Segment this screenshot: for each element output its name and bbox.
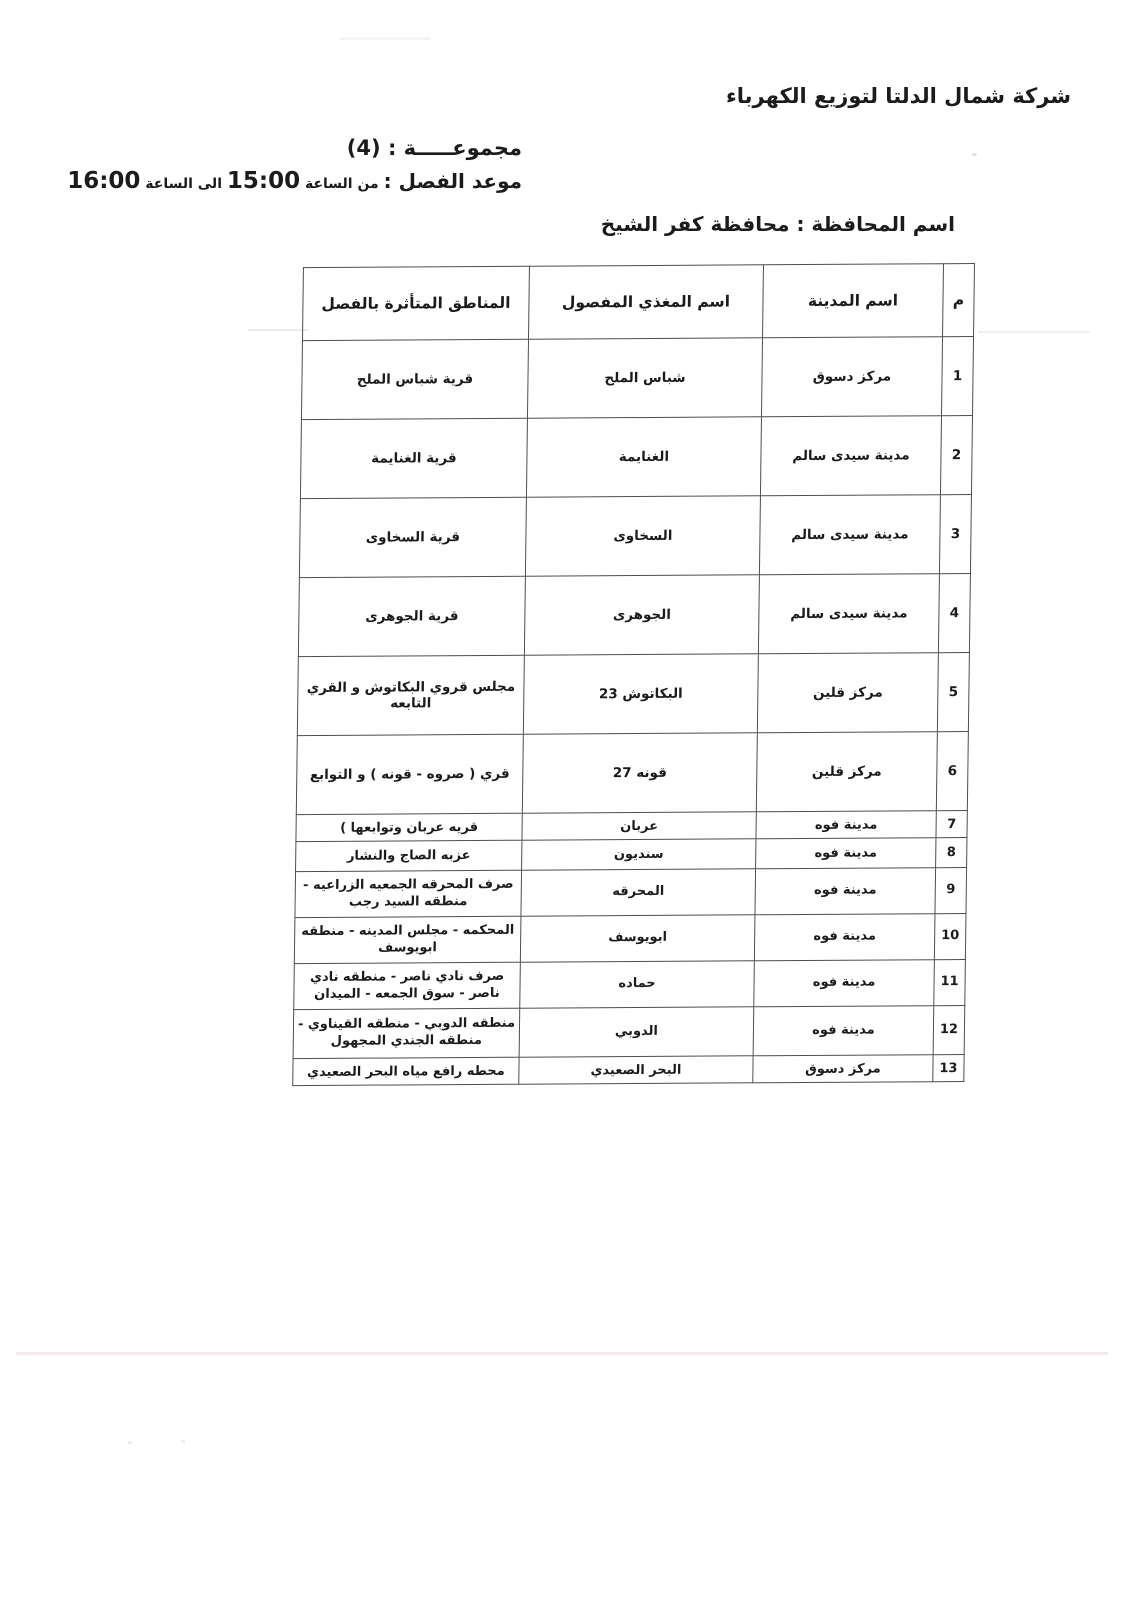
- cell-areas: قري ( صروه - قونه ) و التوابع: [296, 734, 523, 814]
- cell-num: 12: [933, 1006, 965, 1055]
- cell-feeder: السخاوى: [525, 496, 760, 576]
- cell-feeder: البكاتوش 23: [523, 654, 758, 734]
- scan-artifact: [16, 1352, 1108, 1355]
- time-to-word: الى الساعة: [145, 176, 222, 192]
- outage-time-line: موعد الفصل : من الساعة 15:00 الى الساعة …: [67, 168, 522, 194]
- cell-feeder: قونه 27: [522, 733, 757, 813]
- cell-city: مركز قلين: [756, 732, 937, 812]
- table-row: 8 مدينة فوه سنديون عزبه الصاج والنشار: [296, 838, 967, 872]
- cell-areas: قرية شباس الملح: [301, 339, 528, 419]
- cell-areas: المحكمه - مجلس المدينه - منطقه ابويوسف: [294, 916, 521, 963]
- cell-feeder: شباس الملح: [527, 338, 762, 418]
- cell-city: مدينة سيدى سالم: [759, 495, 940, 575]
- cell-areas: منطقه الدوبي - منطقه القيناوي - منطقه ال…: [293, 1008, 520, 1058]
- cell-city: مركز دسوق: [753, 1055, 933, 1083]
- cell-areas: قريه عربان وتوابعها ): [296, 813, 522, 841]
- cell-num: 7: [936, 811, 967, 838]
- cell-feeder: البحر الصعيدي: [519, 1056, 753, 1084]
- cell-feeder: ابويوسف: [520, 915, 755, 962]
- cell-city: مدينة فوه: [756, 811, 936, 839]
- cell-areas: صرف المحرقه الجمعيه الزراعيه - منطقه الس…: [295, 870, 522, 917]
- cell-areas: قرية الجوهرى: [298, 576, 525, 656]
- table-row: 7 مدينة فوه عربان قريه عربان وتوابعها ): [296, 811, 967, 842]
- cell-num: 2: [940, 416, 972, 495]
- col-header-areas: المناطق المتأثرة بالفصل: [302, 266, 529, 340]
- cell-num: 9: [935, 868, 967, 914]
- table-row: 12 مدينة فوه الدوبي منطقه الدوبي - منطقه…: [293, 1006, 965, 1059]
- table-row: 11 مدينة فوه حماده صرف نادي ناصر - منطقه…: [294, 960, 966, 1010]
- cell-areas: مجلس قروي البكاتوش و القري التابعه: [297, 655, 524, 735]
- outage-table: م اسم المدينة اسم المغذي المفصول المناطق…: [292, 263, 975, 1086]
- cell-num: 8: [936, 838, 967, 868]
- cell-feeder: الجوهرى: [524, 575, 759, 655]
- table-row: 4 مدينة سيدى سالم الجوهرى قرية الجوهرى: [298, 574, 970, 657]
- time-to-value: 16:00: [67, 168, 140, 194]
- cell-city: مركز قلين: [757, 653, 938, 733]
- cell-areas: صرف نادي ناصر - منطقه نادي ناصر - سوق ال…: [294, 962, 521, 1009]
- cell-city: مدينة فوه: [754, 914, 935, 961]
- time-from-value: 15:00: [227, 168, 300, 194]
- scan-artifact: [340, 37, 430, 40]
- cell-num: 11: [934, 960, 966, 1006]
- scan-artifact: [978, 331, 1090, 333]
- table-row: 10 مدينة فوه ابويوسف المحكمه - مجلس المد…: [294, 914, 966, 964]
- table-row: 5 مركز قلين البكاتوش 23 مجلس قروي البكات…: [297, 653, 969, 736]
- cell-feeder: حماده: [520, 961, 755, 1008]
- table-header-row: م اسم المدينة اسم المغذي المفصول المناطق…: [302, 264, 974, 341]
- group-label: مجموعـــــة : (4): [347, 136, 522, 160]
- table-row: 3 مدينة سيدى سالم السخاوى قرية السخاوى: [299, 495, 971, 578]
- time-from-word: من الساعة: [305, 176, 379, 192]
- cell-feeder: الدوبي: [519, 1007, 754, 1057]
- col-header-num: م: [943, 264, 975, 337]
- scan-artifact: [972, 153, 977, 156]
- scan-artifact: [128, 1441, 132, 1444]
- scan-artifact: [181, 1440, 185, 1443]
- cell-areas: قرية الغنايمة: [300, 418, 527, 498]
- governorate-title: اسم المحافظة : محافظة كفر الشيخ: [601, 212, 955, 236]
- col-header-city: اسم المدينة: [763, 264, 944, 338]
- cell-num: 5: [937, 653, 969, 732]
- cell-city: مدينة سيدى سالم: [760, 416, 941, 496]
- outage-table-wrap: م اسم المدينة اسم المغذي المفصول المناطق…: [293, 263, 975, 1086]
- cell-areas: عزبه الصاج والنشار: [296, 840, 522, 871]
- cell-city: مدينة فوه: [755, 868, 936, 915]
- table-row: 2 مدينة سيدى سالم الغنايمة قرية الغنايمة: [300, 416, 972, 499]
- cell-feeder: عربان: [522, 812, 756, 840]
- cell-feeder: الغنايمة: [526, 417, 761, 497]
- cell-num: 6: [936, 732, 968, 811]
- cell-city: مركز دسوق: [761, 337, 942, 417]
- cell-city: مدينة فوه: [753, 1006, 934, 1056]
- cell-feeder: المحرقه: [521, 869, 756, 916]
- cell-num: 3: [939, 495, 971, 574]
- cell-num: 10: [934, 914, 966, 960]
- col-header-feeder: اسم المغذي المفصول: [529, 265, 764, 339]
- cell-num: 13: [933, 1055, 964, 1082]
- cell-feeder: سنديون: [522, 839, 756, 870]
- cell-num: 4: [938, 574, 970, 653]
- table-row: 9 مدينة فوه المحرقه صرف المحرقه الجمعيه …: [295, 868, 967, 918]
- cell-city: مدينة سيدى سالم: [758, 574, 939, 654]
- table-row: 13 مركز دسوق البحر الصعيدي محطه رافع ميا…: [293, 1055, 964, 1086]
- company-title: شركة شمال الدلتا لتوزيع الكهرباء: [726, 84, 1071, 108]
- outage-time-label: موعد الفصل :: [384, 169, 522, 193]
- cell-city: مدينة فوه: [756, 838, 936, 869]
- table-row: 1 مركز دسوق شباس الملح قرية شباس الملح: [301, 337, 973, 420]
- scanned-page: شركة شمال الدلتا لتوزيع الكهرباء مجموعــ…: [0, 0, 1131, 1600]
- table-row: 6 مركز قلين قونه 27 قري ( صروه - قونه ) …: [296, 732, 968, 815]
- cell-city: مدينة فوه: [754, 960, 935, 1007]
- scan-artifact: [248, 329, 308, 331]
- cell-areas: قرية السخاوى: [299, 497, 526, 577]
- cell-num: 1: [942, 337, 974, 416]
- cell-areas: محطه رافع مياه البحر الصعيدي: [293, 1057, 519, 1085]
